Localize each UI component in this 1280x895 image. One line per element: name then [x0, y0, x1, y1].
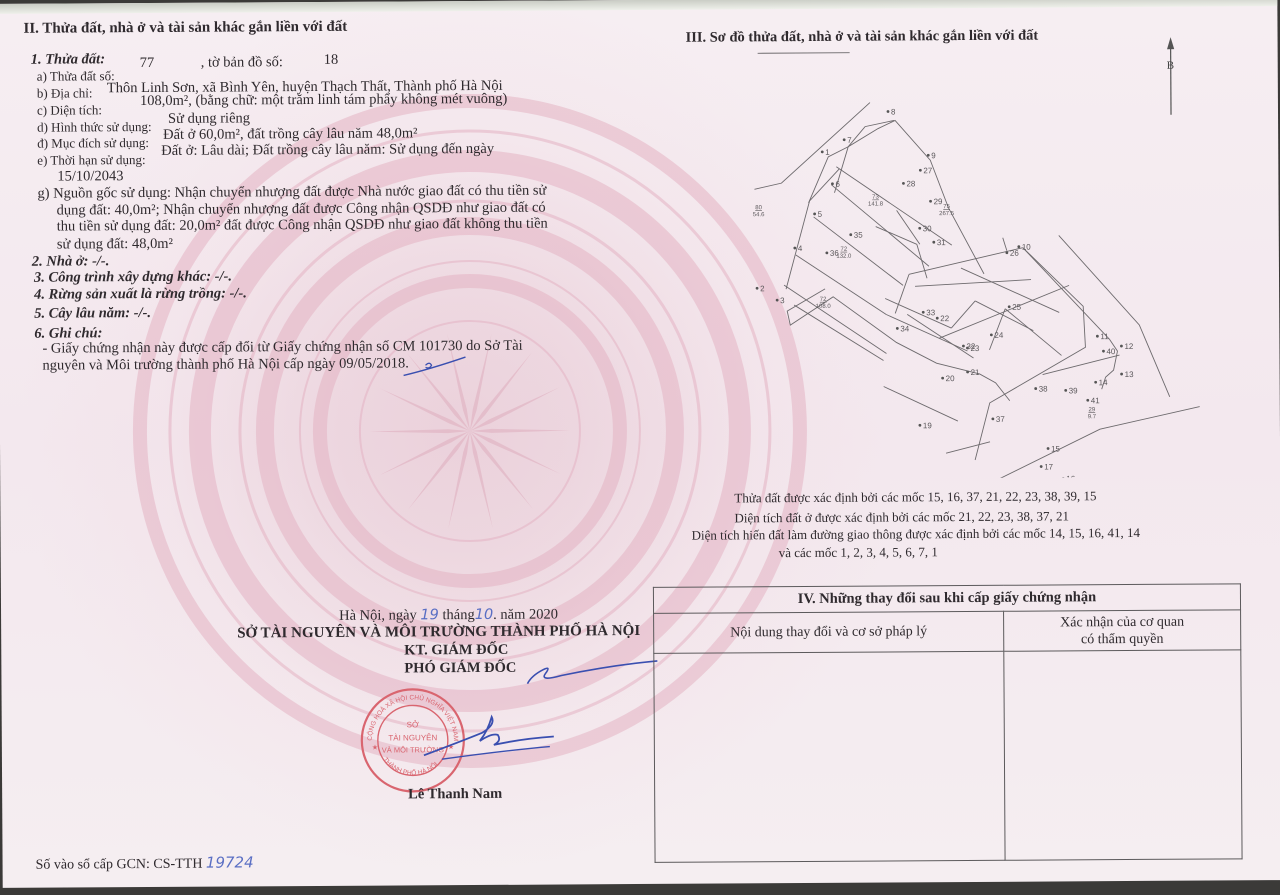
on-behalf-of: KT. GIÁM ĐỐC — [404, 642, 508, 660]
svg-text:7: 7 — [847, 136, 852, 145]
date-prefix: Hà Nội, ngày — [339, 607, 417, 623]
purpose-label: đ) Mục đích sử dụng: — [37, 134, 149, 152]
legend-line2: Diện tích đất ở được xác định bởi các mố… — [734, 507, 1069, 526]
term-label: e) Thời hạn sử dụng: — [37, 151, 145, 169]
other-construction-item: 3. Công trình xây dựng khác: -/-. — [34, 268, 232, 286]
parcel-number-label: a) Thửa đất số: — [37, 67, 115, 84]
svg-text:3: 3 — [780, 296, 785, 305]
svg-text:132.0: 132.0 — [836, 254, 852, 260]
svg-text:13: 13 — [1125, 370, 1135, 379]
svg-text:75: 75 — [943, 204, 950, 210]
parcel-number: 77 — [140, 55, 155, 72]
svg-text:41: 41 — [1091, 396, 1101, 405]
term-value-line2: 15/10/2043 — [57, 168, 123, 185]
map-sheet-number: 18 — [324, 52, 339, 69]
svg-text:37: 37 — [996, 415, 1006, 424]
usage-form-label: d) Hình thức sử dụng: — [37, 118, 152, 136]
legend-line4: và các mốc 1, 2, 3, 4, 5, 6, 7, 1 — [779, 543, 938, 561]
svg-text:108.0: 108.0 — [816, 304, 832, 310]
svg-text:141.8: 141.8 — [868, 202, 884, 208]
svg-text:22: 22 — [940, 314, 950, 323]
parcel-heading: 1. Thửa đất: — [31, 51, 105, 68]
issuing-agency: SỞ TÀI NGUYÊN VÀ MÔI TRƯỜNG THÀNH PHỐ HÀ… — [237, 623, 640, 642]
svg-text:6: 6 — [835, 180, 840, 189]
svg-text:26: 26 — [1010, 249, 1020, 258]
changes-table: IV. Những thay đổi sau khi cấp giấy chứn… — [653, 583, 1243, 863]
date-month: 10 — [475, 607, 494, 623]
registry-handwritten-number: 19724 — [206, 853, 254, 871]
signer-position: PHÓ GIÁM ĐỐC — [404, 660, 516, 678]
svg-text:10: 10 — [1022, 243, 1032, 252]
house-item: 2. Nhà ở: -/-. — [32, 253, 110, 270]
svg-text:29: 29 — [934, 197, 944, 206]
svg-text:40: 40 — [1106, 347, 1116, 356]
area-value: 108,0m², (bằng chữ: một trăm linh tám ph… — [140, 91, 508, 110]
perennial-item: 5. Cây lâu năm: -/-. — [34, 305, 151, 323]
section-4-title: IV. Những thay đổi sau khi cấp giấy chứn… — [653, 584, 1240, 614]
authority-line1: Xác nhận của cơ quan — [1004, 613, 1240, 631]
north-arrow-icon: B — [1167, 39, 1175, 115]
svg-text:20: 20 — [946, 374, 956, 383]
svg-text:54.6: 54.6 — [753, 212, 765, 218]
svg-text:80: 80 — [755, 205, 762, 211]
svg-text:28: 28 — [906, 179, 916, 188]
date-year: năm 2020 — [500, 607, 558, 623]
svg-text:16: 16 — [1066, 474, 1076, 480]
svg-text:4: 4 — [798, 244, 803, 253]
svg-text:14: 14 — [1099, 378, 1109, 387]
svg-text:9: 9 — [931, 151, 936, 160]
svg-text:34: 34 — [900, 324, 910, 333]
issue-date: Hà Nội, ngày 19 tháng10. năm 2020 — [339, 607, 558, 625]
svg-text:35: 35 — [854, 231, 864, 240]
svg-text:2: 2 — [760, 284, 765, 293]
svg-text:21: 21 — [971, 368, 981, 377]
svg-text:25: 25 — [1012, 303, 1022, 312]
svg-text:33: 33 — [926, 308, 936, 317]
svg-text:24: 24 — [994, 331, 1004, 340]
svg-text:267.5: 267.5 — [939, 211, 955, 217]
svg-text:11: 11 — [1100, 332, 1109, 341]
section-2-title: II. Thửa đất, nhà ở và tài sản khác gắn … — [23, 19, 347, 38]
certificate-page: II. Thửa đất, nhà ở và tài sản khác gắn … — [0, 0, 1280, 888]
map-sheet-label: , tờ bản đồ số: — [201, 54, 283, 72]
address-label: b) Địa chỉ: — [37, 84, 93, 101]
term-value-line1: Đất ở: Lâu dài; Đất trồng cây lâu năm: S… — [161, 141, 494, 160]
svg-text:B: B — [1167, 60, 1174, 72]
svg-text:72: 72 — [820, 297, 827, 303]
svg-text:12: 12 — [1124, 342, 1134, 351]
initial-signature-mark — [521, 655, 661, 688]
svg-text:8: 8 — [891, 107, 896, 116]
changes-content-cell — [654, 651, 1005, 862]
origin-line3: thu tiền sử dụng đất: 20,0m² đất được Cô… — [57, 216, 548, 236]
registry-label: Số vào sổ cấp GCN: CS-TTH — [36, 857, 203, 873]
svg-text:39: 39 — [1069, 386, 1079, 395]
svg-text:15: 15 — [1051, 444, 1061, 453]
svg-text:1: 1 — [825, 148, 830, 157]
svg-text:17: 17 — [1044, 462, 1054, 471]
col-header-content: Nội dung thay đổi và cơ sở pháp lý — [654, 611, 1004, 653]
svg-text:32: 32 — [966, 342, 976, 351]
svg-text:★: ★ — [372, 744, 378, 752]
svg-text:9.7: 9.7 — [1088, 414, 1097, 420]
date-day: 19 — [420, 607, 439, 623]
svg-text:72: 72 — [840, 247, 847, 253]
authority-confirmation-cell — [1004, 650, 1242, 860]
date-month-prefix: tháng — [442, 607, 474, 623]
authority-line2: có thẩm quyền — [1004, 630, 1240, 648]
svg-text:31: 31 — [937, 238, 947, 247]
svg-text:29: 29 — [1088, 407, 1095, 413]
svg-text:30: 30 — [923, 224, 933, 233]
usage-form-value: Sử dụng riêng — [168, 110, 250, 128]
origin-line4: sử dụng đất: 48,0m² — [57, 236, 173, 254]
director-signature — [422, 711, 557, 762]
svg-text:27: 27 — [923, 166, 933, 175]
svg-text:73: 73 — [872, 195, 879, 201]
legend-line3: Diện tích hiến đất làm đường giao thông … — [692, 524, 1141, 544]
svg-text:19: 19 — [923, 421, 933, 430]
svg-text:5: 5 — [818, 210, 823, 219]
signer-name: Lê Thanh Nam — [408, 786, 502, 804]
page-edge — [0, 0, 1277, 14]
forest-item: 4. Rừng sản xuất là rừng trồng: -/-. — [34, 285, 247, 303]
initial-mark — [399, 351, 469, 381]
registry-number: Số vào sổ cấp GCN: CS-TTH 19724 — [36, 854, 254, 873]
svg-text:38: 38 — [1039, 385, 1049, 394]
area-label: c) Diện tích: — [37, 101, 102, 118]
notes-line2: nguyên và Môi trường thành phố Hà Nội cấ… — [42, 355, 408, 374]
col-header-authority: Xác nhận của cơ quan có thẩm quyền — [1004, 610, 1241, 651]
parcel-diagram: B — [638, 37, 1201, 480]
svg-text:SỞ: SỞ — [407, 720, 419, 729]
legend-line1: Thửa đất được xác định bởi các mốc 15, 1… — [734, 487, 1096, 506]
